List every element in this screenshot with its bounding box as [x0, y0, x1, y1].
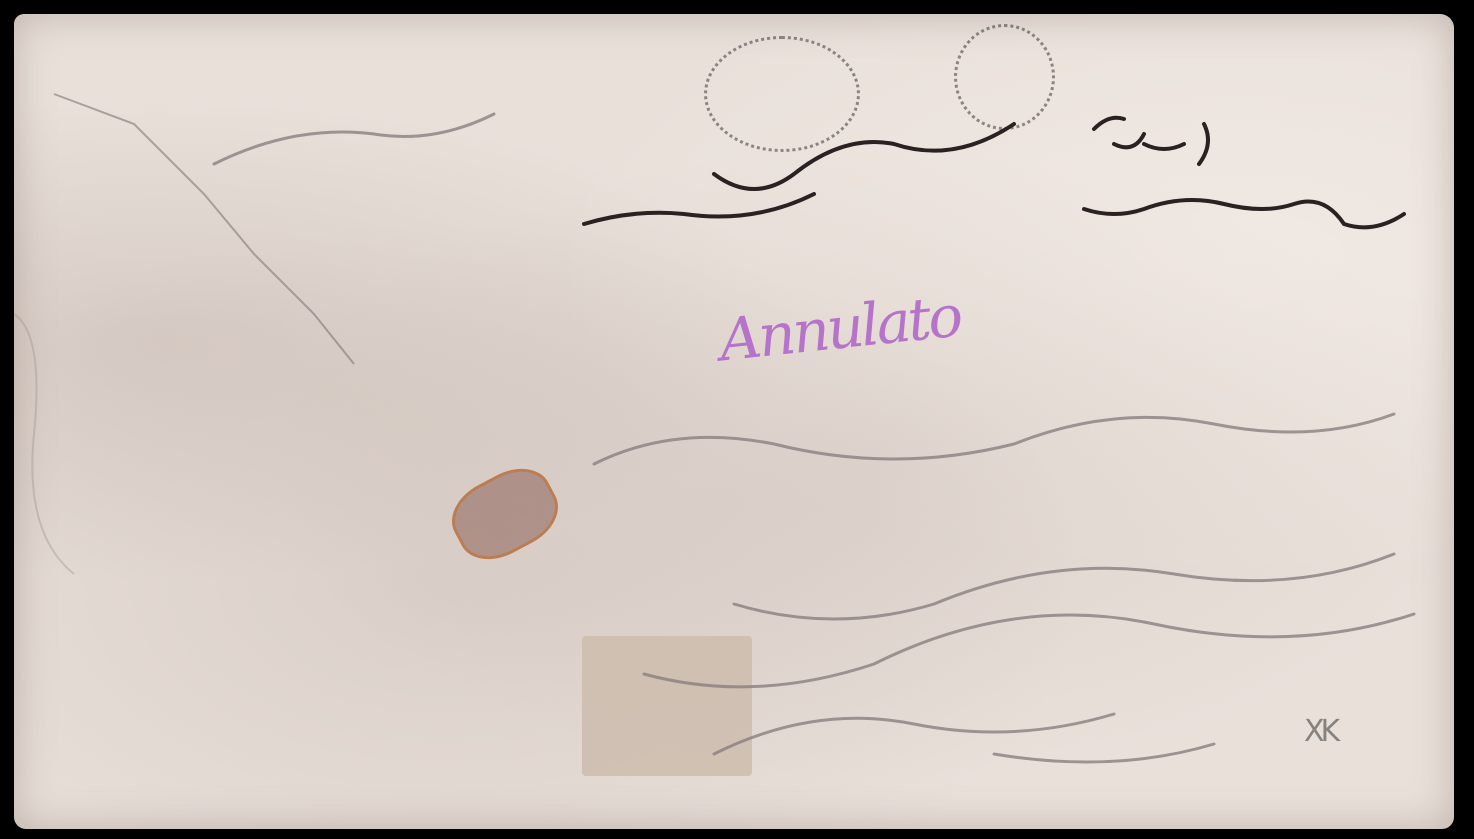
envelope: Annulato XK [14, 14, 1454, 829]
corner-mark: XK [1304, 714, 1336, 749]
handwriting [14, 14, 1454, 829]
